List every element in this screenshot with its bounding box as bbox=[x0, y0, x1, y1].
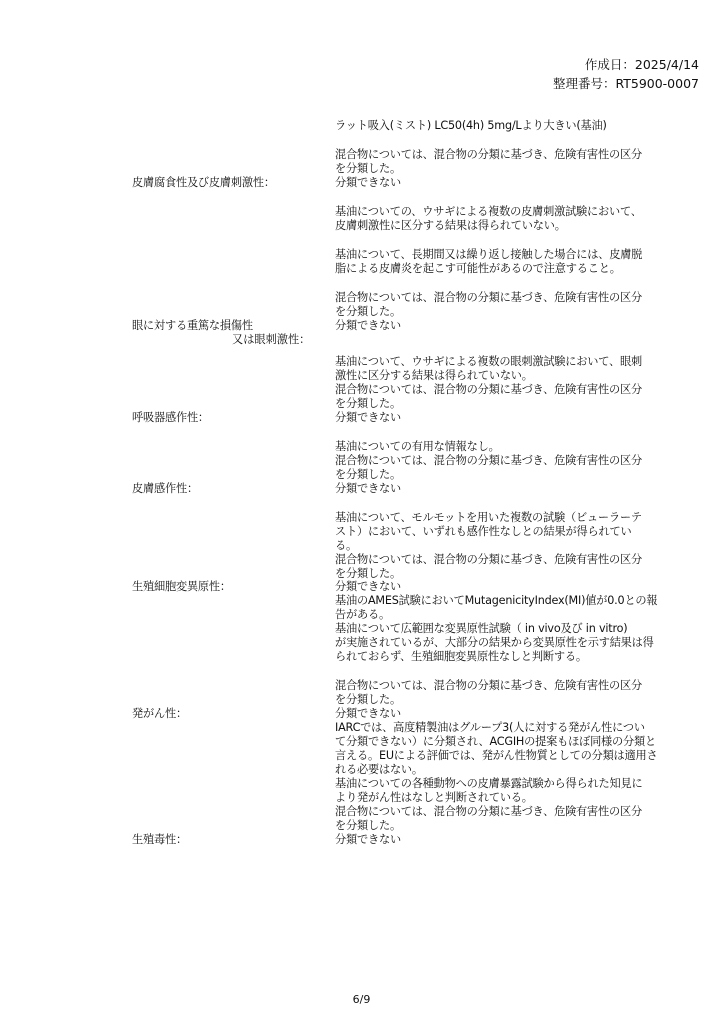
classification-value: 分類できない bbox=[335, 580, 401, 594]
classification-value: 分類できない bbox=[335, 833, 401, 847]
classification-value: 分類できない bbox=[335, 411, 401, 425]
section-label-skin-sensitization: 皮膚感作性： bbox=[132, 482, 198, 496]
section-label-reproductive-toxicity: 生殖毒性： bbox=[132, 833, 187, 847]
section-label-skin-corrosion: 皮膚腐食性及び皮膚刺激性： bbox=[132, 176, 275, 190]
creation-date: 作成日：2025/4/14 bbox=[585, 57, 699, 73]
body-line: 基油について広範囲な変異原性試験（ in vivo及び in vitro) bbox=[335, 622, 627, 636]
classification-value: 分類できない bbox=[335, 319, 401, 333]
body-line: 脂による皮膚炎を起こす可能性があるので注意すること。 bbox=[335, 262, 621, 276]
body-line: を分類した。 bbox=[335, 567, 401, 581]
classification-value: 分類できない bbox=[335, 482, 401, 496]
body-line: が実施されているが、大部分の結果から変異原性を示す結果は得 bbox=[335, 636, 654, 650]
body-line: 混合物については、混合物の分類に基づき、危険有害性の区分 bbox=[335, 291, 642, 305]
body-line: 混合物については、混合物の分類に基づき、危険有害性の区分 bbox=[335, 454, 642, 468]
section-label-eye-damage: 眼に対する重篤な損傷性 bbox=[132, 319, 253, 333]
body-line: ラット吸入(ミスト) LC50(4h) 5mg/Lより大きい(基油) bbox=[335, 119, 607, 133]
body-line: られておらず、生殖細胞変異原性なしと判断する。 bbox=[335, 650, 587, 664]
body-line: より発がん性はなしと判断されている。 bbox=[335, 791, 533, 805]
body-line: 混合物については、混合物の分類に基づき、危険有害性の区分 bbox=[335, 383, 642, 397]
section-label-carcinogenicity: 発がん性： bbox=[132, 707, 187, 721]
body-line: を分類した。 bbox=[335, 305, 401, 319]
body-line: る。 bbox=[335, 539, 357, 553]
body-line: 基油についての各種動物への皮膚暴露試験から得られた知見に bbox=[335, 777, 642, 791]
body-line: 激性に区分する結果は得られていない。 bbox=[335, 369, 533, 383]
body-line: IARCでは、高度精製油はグループ3(人に対する発がん性につい bbox=[335, 721, 645, 735]
section-label-respiratory-sensitization: 呼吸器感作性： bbox=[132, 411, 209, 425]
body-line: を分類した。 bbox=[335, 468, 401, 482]
body-line: れる必要はない。 bbox=[335, 763, 423, 777]
body-line: 基油について、モルモットを用いた複数の試験（ビューラーテ bbox=[335, 511, 642, 525]
body-line: 皮膚刺激性に区分する結果は得られていない。 bbox=[335, 219, 566, 233]
reference-number: 整理番号：RT5900-0007 bbox=[553, 76, 699, 92]
body-line: を分類した。 bbox=[335, 397, 401, 411]
body-line: を分類した。 bbox=[335, 162, 401, 176]
body-line: 混合物については、混合物の分類に基づき、危険有害性の区分 bbox=[335, 679, 642, 693]
page-number: 6/9 bbox=[0, 993, 723, 1007]
section-label-germ-cell-mutagenicity: 生殖細胞変異原性： bbox=[132, 580, 231, 594]
body-line: 言える。EUによる評価では、発がん性物質としての分類は適用さ bbox=[335, 749, 658, 763]
body-line: を分類した。 bbox=[335, 693, 401, 707]
body-line: 混合物については、混合物の分類に基づき、危険有害性の区分 bbox=[335, 553, 642, 567]
body-line: 基油のAMES試験においてMutagenicityIndex(MI)値が0.0と… bbox=[335, 594, 657, 608]
body-line: て分類できない）に分類され、ACGIHの提案もほぼ同様の分類と bbox=[335, 735, 656, 749]
body-line: スト）において、いずれも感作性なしとの結果が得られてい bbox=[335, 525, 631, 539]
body-line: 告がある。 bbox=[335, 608, 390, 622]
body-line: 基油についての、ウサギによる複数の皮膚刺激試験において、 bbox=[335, 205, 642, 219]
classification-value: 分類できない bbox=[335, 707, 401, 721]
body-line: を分類した。 bbox=[335, 819, 401, 833]
body-line: 混合物については、混合物の分類に基づき、危険有害性の区分 bbox=[335, 148, 642, 162]
classification-value: 分類できない bbox=[335, 176, 401, 190]
section-label-eye-irritation: 又は眼刺激性： bbox=[232, 333, 310, 347]
body-line: 基油についての有用な情報なし。 bbox=[335, 440, 500, 454]
body-line: 基油について、長期間又は繰り返し接触した場合には、皮膚脱 bbox=[335, 248, 642, 262]
body-line: 混合物については、混合物の分類に基づき、危険有害性の区分 bbox=[335, 805, 642, 819]
body-line: 基油について、ウサギによる複数の眼刺激試験において、眼刺 bbox=[335, 355, 642, 369]
